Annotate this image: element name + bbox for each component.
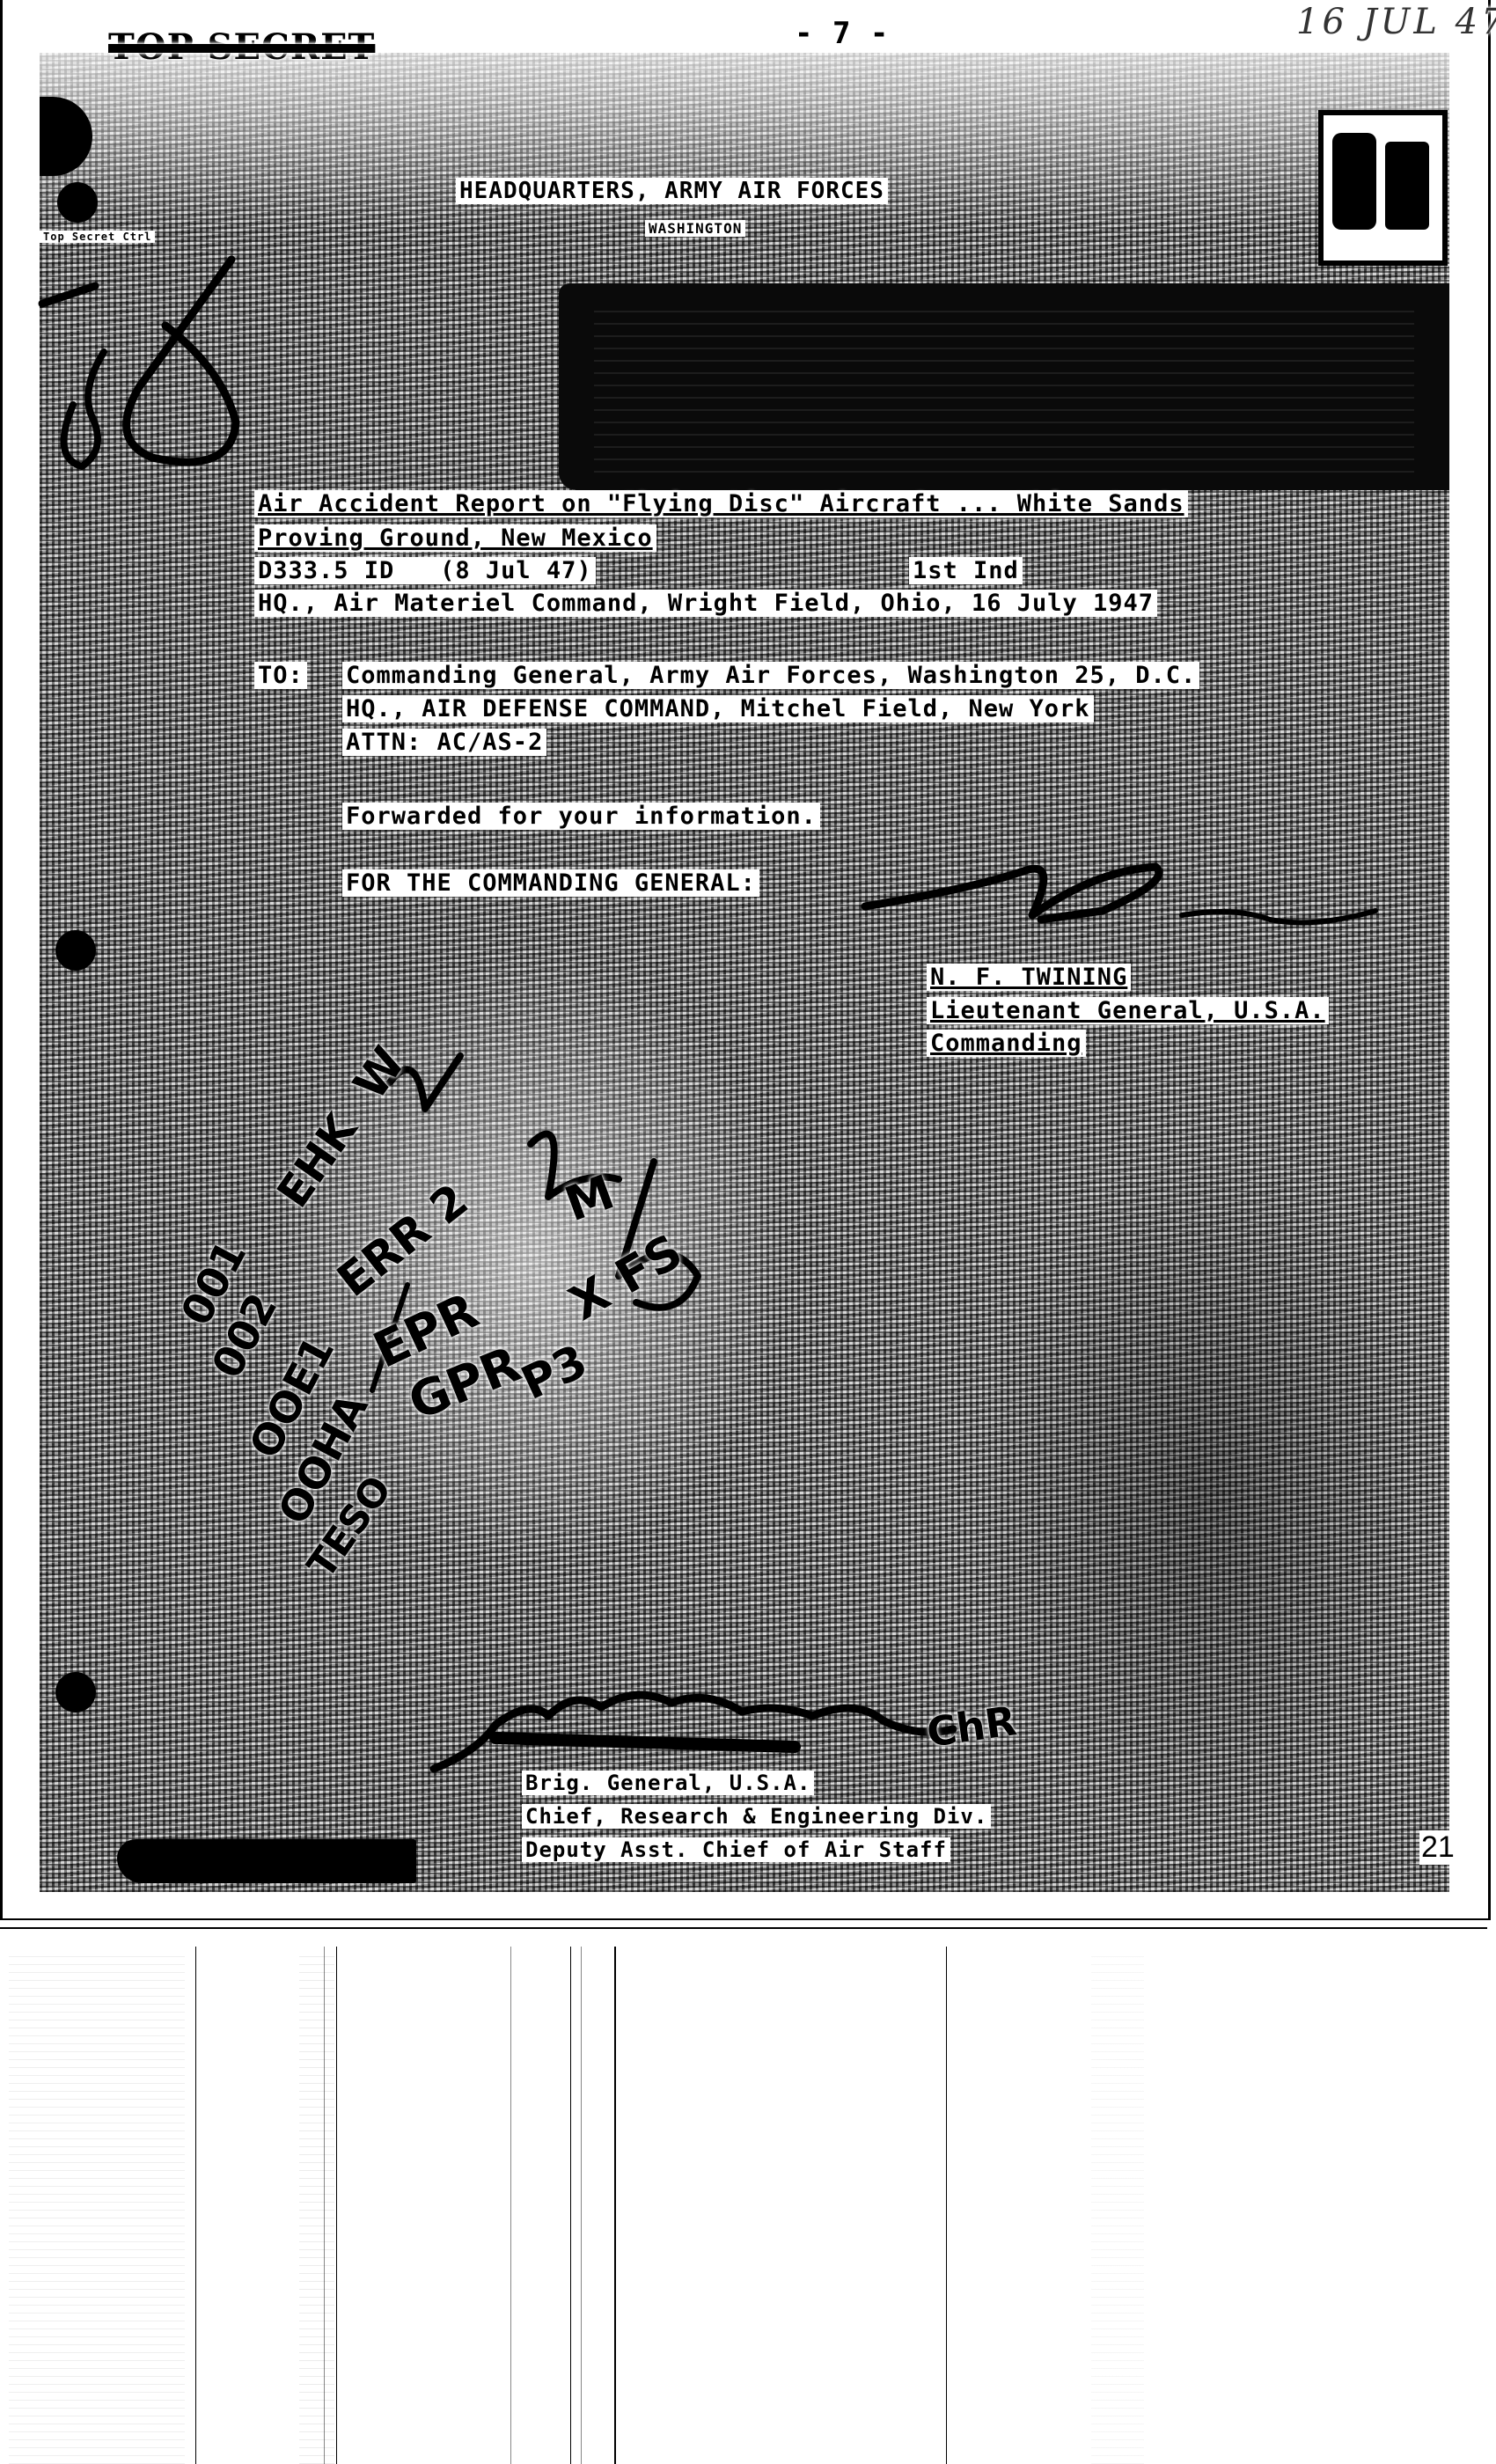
blank-ruled-area	[0, 1920, 1496, 2464]
redaction-block	[117, 1839, 416, 1883]
punch-hole-icon	[55, 930, 96, 971]
column-rule	[570, 1947, 571, 2464]
body-text: Forwarded for your information.	[342, 803, 820, 830]
addressee-text: Commanding General, Army Air Forces, Was…	[342, 662, 1199, 689]
secondary-title-text: Deputy Asst. Chief of Air Staff	[522, 1837, 950, 1862]
secondary-rank-text: Brig. General, U.S.A.	[522, 1771, 814, 1795]
divider	[0, 1927, 1487, 1929]
indorsement-label: 1st Ind	[909, 557, 1023, 584]
column-rule	[510, 1947, 511, 2464]
reference-text: D333.5 ID (8 Jul 47)	[254, 557, 596, 584]
date-stamp: 16 JUL 47	[1296, 2, 1496, 42]
subject-text: Proving Ground, New Mexico	[254, 524, 656, 552]
redaction-block	[559, 283, 1449, 490]
from-line: HQ., Air Materiel Command, Wright Field,…	[254, 590, 1157, 617]
addressee-text: HQ., AIR DEFENSE COMMAND, Mitchel Field,…	[342, 695, 1094, 722]
control-stamp-text: Top Secret Ctrl	[40, 231, 155, 243]
addressee-line: HQ., AIR DEFENSE COMMAND, Mitchel Field,…	[342, 695, 1094, 722]
signatory-title-text: Commanding	[927, 1030, 1086, 1057]
secondary-signatory-title: Chief, Research & Engineering Div.	[522, 1804, 991, 1829]
signatory-rank-text: Lieutenant General, U.S.A.	[927, 997, 1329, 1024]
attention-line: ATTN: AC/AS-2	[342, 729, 546, 756]
secondary-signatory-rank: Brig. General, U.S.A.	[522, 1771, 814, 1795]
to-label-text: TO:	[254, 662, 307, 689]
subject-text: Air Accident Report on "Flying Disc" Air…	[254, 490, 1188, 517]
column-rule	[614, 1947, 616, 2464]
signatory-rank: Lieutenant General, U.S.A.	[927, 997, 1329, 1024]
scanned-page: TOP SECRET - 7 - 16 JUL 47 HEADQUARTERS,…	[0, 0, 1491, 1920]
secondary-title-text: Chief, Research & Engineering Div.	[522, 1804, 991, 1829]
location-text: WASHINGTON	[645, 220, 745, 237]
signatory-name: N. F. TWINING	[927, 964, 1131, 991]
subject-line: Air Accident Report on "Flying Disc" Air…	[254, 490, 1188, 517]
page-number: 21	[1419, 1830, 1456, 1865]
closing-text: FOR THE COMMANDING GENERAL:	[342, 869, 759, 897]
punch-hole-icon	[55, 1672, 96, 1712]
scan-noise	[1091, 1955, 1144, 2464]
signatory-name-text: N. F. TWINING	[927, 964, 1131, 991]
column-rule	[946, 1947, 947, 2464]
organization-heading: HEADQUARTERS, ARMY AIR FORCES	[456, 178, 888, 204]
scan-shadow	[971, 1144, 1446, 1848]
declassification-stamp-icon	[1318, 110, 1448, 266]
to-label: TO:	[254, 662, 307, 689]
punch-hole-icon	[57, 182, 98, 223]
top-marks: - 7 -	[795, 16, 889, 51]
subject-line: Proving Ground, New Mexico	[254, 524, 656, 552]
column-rule	[581, 1947, 582, 2464]
secondary-signatory-title: Deputy Asst. Chief of Air Staff	[522, 1837, 950, 1862]
control-stamp: Top Secret Ctrl	[40, 231, 155, 243]
from-text: HQ., Air Materiel Command, Wright Field,…	[254, 590, 1157, 617]
column-rule	[195, 1947, 196, 2464]
addressee-line: Commanding General, Army Air Forces, Was…	[342, 662, 1199, 689]
scan-noise	[9, 1955, 185, 2464]
body-text-content: Forwarded for your information.	[342, 803, 820, 830]
file-reference: D333.5 ID (8 Jul 47)	[254, 557, 596, 584]
classification-stamp: TOP SECRET	[108, 26, 375, 68]
indorsement-text: 1st Ind	[909, 557, 1023, 584]
organization-text: HEADQUARTERS, ARMY AIR FORCES	[456, 178, 888, 204]
closing-line: FOR THE COMMANDING GENERAL:	[342, 869, 759, 897]
attention-text: ATTN: AC/AS-2	[342, 729, 546, 756]
signatory-title: Commanding	[927, 1030, 1086, 1057]
organization-location: WASHINGTON	[645, 220, 745, 237]
scan-noise	[299, 1955, 334, 2464]
column-rule	[336, 1947, 337, 2464]
